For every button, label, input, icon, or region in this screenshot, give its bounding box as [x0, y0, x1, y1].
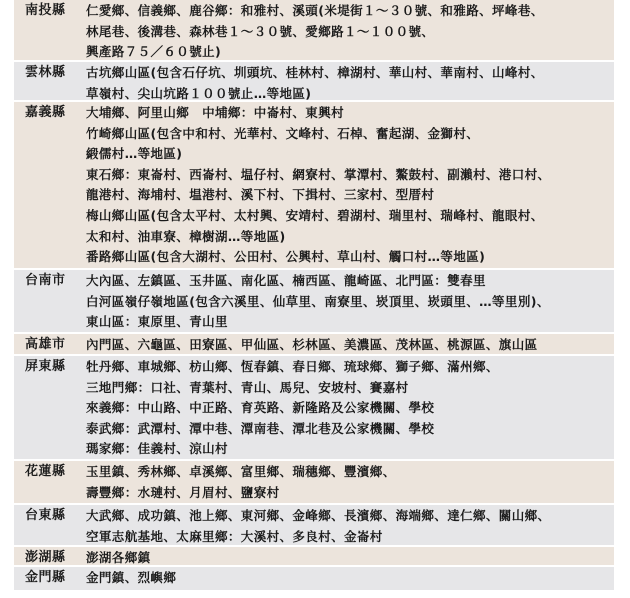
county-label: 澎湖縣: [14, 547, 85, 565]
area-line: 龍港村、海埔村、塭港村、溪下村、下揖村、三家村、型厝村: [86, 185, 614, 206]
table-row-taitung: 台東縣 大武鄉、成功鎮、池上鄉、東河鄉、金峰鄉、長濱鄉、海端鄉、達仁鄉、關山鄉、…: [14, 505, 614, 547]
area-line: 來義鄉：中山路、中正路、育英路、新隆路及公家機關、學校: [86, 398, 614, 419]
area-line: 太和村、油車寮、樟樹湖…等地區): [86, 227, 614, 248]
table-row-yunlin: 雲林縣 古坑鄉山區(包含石仔坑、圳頭坑、桂林村、樟湖村、華山村、華南村、山峰村、…: [14, 62, 614, 102]
area-line: 古坑鄉山區(包含石仔坑、圳頭坑、桂林村、樟湖村、華山村、華南村、山峰村、: [86, 63, 614, 84]
table-row-pingtung: 屏東縣 牡丹鄉、車城鄉、枋山鄉、恆春鎮、春日鄉、琉球鄉、獅子鄉、滿州鄉、 三地門…: [14, 356, 614, 461]
county-label: 高雄市: [14, 334, 85, 354]
area-list: 金門鎮、烈嶼鄉: [85, 567, 614, 590]
area-line: 竹崎鄉山區(包含中和村、光華村、文峰村、石棹、奮起湖、金獅村、: [86, 124, 614, 145]
county-label: 金門縣: [14, 567, 85, 590]
area-list: 古坑鄉山區(包含石仔坑、圳頭坑、桂林村、樟湖村、華山村、華南村、山峰村、 草嶺村…: [85, 62, 614, 100]
area-list: 仁愛鄉、信義鄉、鹿谷鄉：和雅村、溪頭(米堤街１～３０號、和雅路、坪峰巷、 林尾巷…: [85, 0, 614, 60]
area-line: 三地門鄉：口社、青葉村、青山、馬兒、安坡村、賽嘉村: [86, 378, 614, 399]
county-label: 台東縣: [14, 505, 85, 545]
area-line: 仁愛鄉、信義鄉、鹿谷鄉：和雅村、溪頭(米堤街１～３０號、和雅路、坪峰巷、: [86, 1, 614, 22]
area-line: 空軍志航基地、太麻里鄉：大溪村、多良村、金崙村: [86, 527, 614, 548]
table-row-nantou: 南投縣 仁愛鄉、信義鄉、鹿谷鄉：和雅村、溪頭(米堤街１～３０號、和雅路、坪峰巷、…: [14, 0, 614, 62]
region-table: 南投縣 仁愛鄉、信義鄉、鹿谷鄉：和雅村、溪頭(米堤街１～３０號、和雅路、坪峰巷、…: [14, 0, 614, 590]
area-line: 興產路７５／６０號止): [86, 42, 614, 63]
area-line: 內門區、六龜區、田寮區、甲仙區、杉林區、美濃區、茂林區、桃源區、旗山區: [86, 335, 614, 356]
area-line: 玉里鎮、秀林鄉、卓溪鄉、富里鄉、瑞穗鄉、豐濱鄉、: [86, 462, 614, 483]
area-line: 林尾巷、後溝巷、森林巷１～３０號、愛鄉路１～１００號、: [86, 22, 614, 43]
area-line: 東山區：東原里、青山里: [86, 312, 614, 333]
area-line: 白河區嶺仔嶺地區(包含六溪里、仙草里、南寮里、崁頂里、崁頭里、…等里別)、: [86, 292, 614, 313]
area-list: 大內區、左鎮區、玉井區、南化區、楠西區、龍崎區、北門區：雙春里 白河區嶺仔嶺地區…: [85, 270, 614, 332]
table-row-tainan: 台南市 大內區、左鎮區、玉井區、南化區、楠西區、龍崎區、北門區：雙春里 白河區嶺…: [14, 270, 614, 334]
area-line: 大武鄉、成功鎮、池上鄉、東河鄉、金峰鄉、長濱鄉、海端鄉、達仁鄉、關山鄉、: [86, 506, 614, 527]
table-row-hualien: 花蓮縣 玉里鎮、秀林鄉、卓溪鄉、富里鄉、瑞穗鄉、豐濱鄉、 壽豐鄉：水璉村、月眉村…: [14, 461, 614, 505]
area-line: 大埔鄉、阿里山鄉 中埔鄉：中崙村、東興村: [86, 103, 614, 124]
area-line: 梅山鄉山區(包含太平村、太村興、安靖村、碧湖村、瑞里村、瑞峰村、龍眼村、: [86, 206, 614, 227]
area-line: 大內區、左鎮區、玉井區、南化區、楠西區、龍崎區、北門區：雙春里: [86, 271, 614, 292]
area-list: 內門區、六龜區、田寮區、甲仙區、杉林區、美濃區、茂林區、桃源區、旗山區: [85, 334, 614, 354]
county-label: 嘉義縣: [14, 102, 85, 268]
area-line: 緞儒村…等地區): [86, 144, 614, 165]
area-line: 金門鎮、烈嶼鄉: [86, 568, 614, 589]
area-line: 瑪家鄉：佳義村、涼山村: [86, 439, 614, 460]
table-row-kinmen: 金門縣 金門鎮、烈嶼鄉: [14, 567, 614, 590]
county-label: 花蓮縣: [14, 461, 85, 503]
area-list: 大武鄉、成功鎮、池上鄉、東河鄉、金峰鄉、長濱鄉、海端鄉、達仁鄉、關山鄉、 空軍志…: [85, 505, 614, 545]
county-label: 雲林縣: [14, 62, 85, 100]
area-list: 澎湖各鄉鎮: [85, 547, 614, 565]
table-row-chiayi: 嘉義縣 大埔鄉、阿里山鄉 中埔鄉：中崙村、東興村 竹崎鄉山區(包含中和村、光華村…: [14, 102, 614, 270]
area-list: 玉里鎮、秀林鄉、卓溪鄉、富里鄉、瑞穗鄉、豐濱鄉、 壽豐鄉：水璉村、月眉村、鹽寮村: [85, 461, 614, 503]
area-list: 牡丹鄉、車城鄉、枋山鄉、恆春鎮、春日鄉、琉球鄉、獅子鄉、滿州鄉、 三地門鄉：口社…: [85, 356, 614, 459]
area-line: 泰武鄉：武潭村、潭中巷、潭南巷、潭北巷及公家機關、學校: [86, 419, 614, 440]
county-label: 台南市: [14, 270, 85, 332]
table-row-penghu: 澎湖縣 澎湖各鄉鎮: [14, 547, 614, 567]
area-list: 大埔鄉、阿里山鄉 中埔鄉：中崙村、東興村 竹崎鄉山區(包含中和村、光華村、文峰村…: [85, 102, 614, 268]
county-label: 屏東縣: [14, 356, 85, 459]
area-line: 澎湖各鄉鎮: [86, 548, 614, 569]
area-line: 牡丹鄉、車城鄉、枋山鄉、恆春鎮、春日鄉、琉球鄉、獅子鄉、滿州鄉、: [86, 357, 614, 378]
area-line: 東石鄉：東崙村、西崙村、塭仔村、網寮村、掌潭村、鰲鼓村、副瀨村、港口村、: [86, 165, 614, 186]
area-line: 壽豐鄉：水璉村、月眉村、鹽寮村: [86, 483, 614, 504]
area-line: 番路鄉山區(包含大湖村、公田村、公興村、草山村、觸口村…等地區): [86, 247, 614, 268]
county-label: 南投縣: [14, 0, 85, 60]
table-row-kaohsiung: 高雄市 內門區、六龜區、田寮區、甲仙區、杉林區、美濃區、茂林區、桃源區、旗山區: [14, 334, 614, 356]
